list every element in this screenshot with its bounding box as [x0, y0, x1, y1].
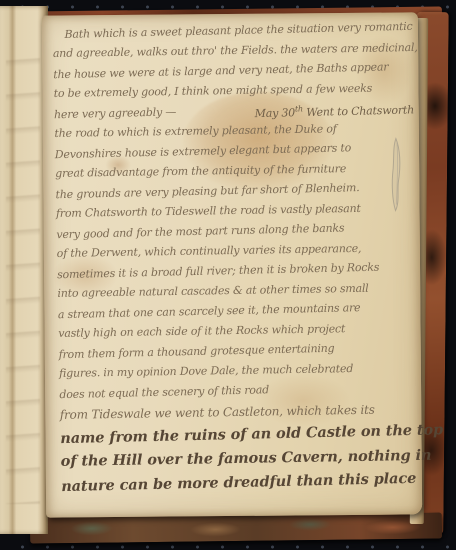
date-day: May 30: [255, 106, 296, 120]
journal-page: Bath which is a sweet pleasant place the…: [42, 12, 422, 517]
bleed-through-writing: [6, 46, 40, 504]
handwritten-text: Bath which is a sweet pleasant place the…: [52, 18, 421, 516]
date-heading: May 30th Went to Chatsworth: [254, 97, 414, 121]
facing-page-edge: [0, 6, 48, 534]
photo-background: Bath which is a sweet pleasant place the…: [0, 0, 456, 550]
date-entry-title: Went to Chatsworth: [303, 103, 414, 119]
date-ordinal: th: [295, 104, 303, 113]
